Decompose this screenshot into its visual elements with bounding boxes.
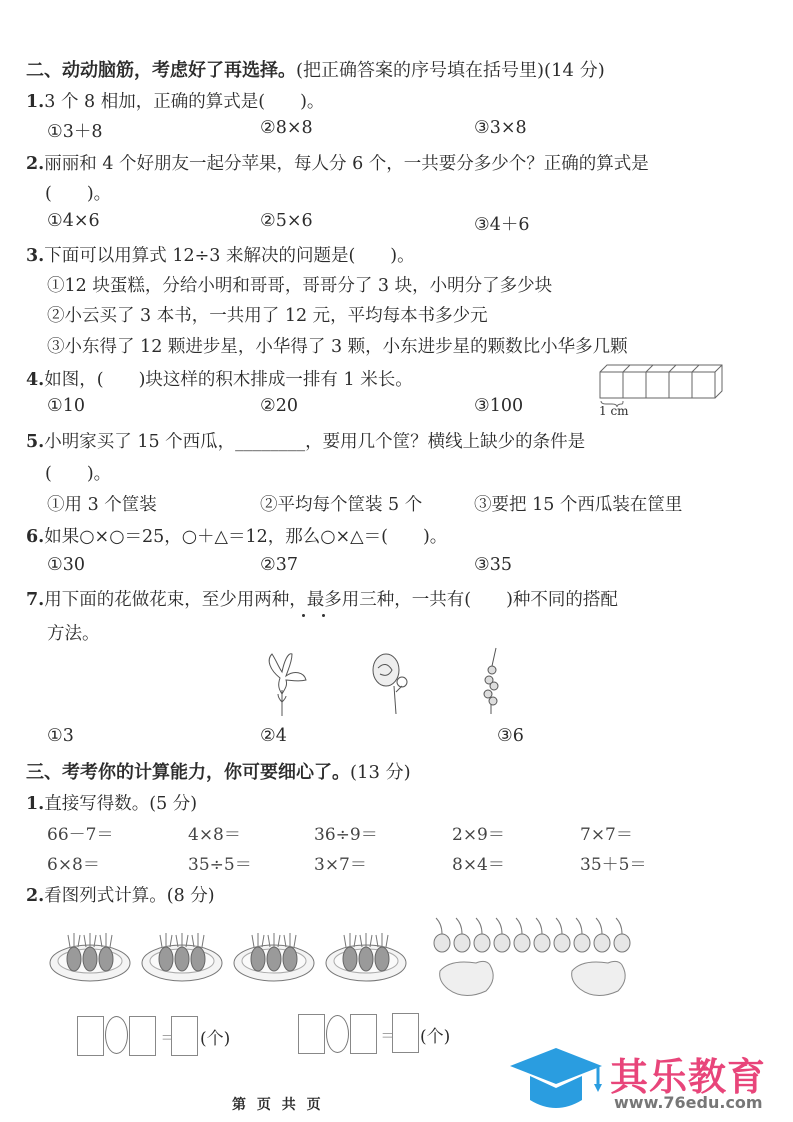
option-7c[interactable]: ③6 xyxy=(497,726,524,746)
calc-item[interactable]: 66－7＝ xyxy=(47,820,113,845)
answer-box[interactable] xyxy=(77,1016,104,1056)
emphasis-dot xyxy=(322,614,325,617)
option-1c[interactable]: ③3×8 xyxy=(474,118,527,138)
section-2-title: 二、动动脑筋，考虑好了再选择。(把正确答案的序号填在括号里)(14 分) xyxy=(26,56,605,82)
option-4a[interactable]: ①10 xyxy=(47,396,85,416)
option-2b[interactable]: ②5×6 xyxy=(260,211,313,231)
question-number: 1. xyxy=(26,92,44,112)
watermark-url: www.76edu.com xyxy=(614,1093,763,1112)
option-7b[interactable]: ②4 xyxy=(260,726,287,746)
gladiolus-flower-icon xyxy=(478,646,508,716)
calc-item[interactable]: 2×9＝ xyxy=(452,820,505,845)
section-2-title-main: 二、动动脑筋，考虑好了再选择。 xyxy=(26,60,296,81)
answer-box[interactable] xyxy=(392,1013,419,1053)
rose-flower-icon xyxy=(370,652,420,714)
question-text: 用下面的花做花束，至少用两种，最多用三种，一共有( )种不同的搭配 xyxy=(44,590,618,610)
calc-question-2: 2.看图列式计算。(8 分) xyxy=(26,882,215,907)
question-7: 7.用下面的花做花束，至少用两种，最多用三种，一共有( )种不同的搭配 xyxy=(26,586,618,611)
option-7a[interactable]: ①3 xyxy=(47,726,74,746)
question-number: 2. xyxy=(26,154,44,174)
calc-item[interactable]: 8×4＝ xyxy=(452,850,505,875)
question-5: 5.小明家买了 15 个西瓜，________，要用几个筐？横线上缺少的条件是 xyxy=(26,428,585,453)
option-3b[interactable]: ②小云买了 3 本书，一共用了 12 元，平均每本书多少元 xyxy=(47,302,488,327)
question-7-continued: 方法。 xyxy=(47,620,100,645)
question-3: 3.下面可以用算式 12÷3 来解决的问题是( )。 xyxy=(26,242,415,267)
option-4c[interactable]: ③100 xyxy=(474,396,523,416)
option-2c[interactable]: ③4＋6 xyxy=(474,211,529,236)
calc-item[interactable]: 4×8＝ xyxy=(188,820,241,845)
section-3-title: 三、考考你的计算能力，你可要细心了。(13 分) xyxy=(26,758,411,784)
question-number: 7. xyxy=(26,590,44,610)
question-number: 4. xyxy=(26,370,44,390)
answer-box[interactable] xyxy=(298,1014,325,1054)
question-text: 如图，( )块这样的积木排成一排有 1 米长。 xyxy=(44,370,412,390)
section-3-title-main: 三、考考你的计算能力，你可要细心了。 xyxy=(26,762,350,783)
unit-label: (个) xyxy=(420,1022,450,1047)
cherries-and-melons-image xyxy=(430,915,670,1005)
emphasis-dot xyxy=(302,614,305,617)
operator-oval[interactable] xyxy=(105,1016,128,1054)
answer-box[interactable] xyxy=(129,1016,156,1056)
option-1b[interactable]: ②8×8 xyxy=(260,118,313,138)
answer-box[interactable] xyxy=(350,1014,377,1054)
question-text: 下面可以用算式 12÷3 来解决的问题是( )。 xyxy=(44,246,414,266)
calc-item[interactable]: 36÷9＝ xyxy=(314,820,378,845)
option-5c[interactable]: ③要把 15 个西瓜装在筐里 xyxy=(474,491,682,516)
question-text: 丽丽和 4 个好朋友一起分苹果，每人分 6 个，一共要分多少个？正确的算式是 xyxy=(44,154,649,174)
question-text: 3 个 8 相加，正确的算式是( )。 xyxy=(44,92,324,112)
calc-item[interactable]: 6×8＝ xyxy=(47,850,100,875)
option-6b[interactable]: ②37 xyxy=(260,555,298,575)
lily-flower-icon xyxy=(262,650,312,716)
calc-item[interactable]: 3×7＝ xyxy=(314,850,367,875)
calc-item[interactable]: 35＋5＝ xyxy=(580,850,646,875)
option-1a[interactable]: ①3＋8 xyxy=(47,118,102,143)
page-footer: 第 页 共 页 xyxy=(232,1094,324,1114)
unit-label: (个) xyxy=(200,1024,230,1049)
question-number: 6. xyxy=(26,527,44,547)
question-text: 看图列式计算。(8 分) xyxy=(44,886,214,906)
calc-item[interactable]: 7×7＝ xyxy=(580,820,633,845)
section-2-title-note: (把正确答案的序号填在括号里)(14 分) xyxy=(296,60,605,81)
section-3-title-note: (13 分) xyxy=(350,762,411,783)
blocks-figure-label: 1 cm xyxy=(599,404,629,418)
option-4b[interactable]: ②20 xyxy=(260,396,298,416)
question-4: 4.如图，( )块这样的积木排成一排有 1 米长。 xyxy=(26,366,413,391)
option-5b[interactable]: ②平均每个筐装 5 个 xyxy=(260,491,422,516)
question-number: 1. xyxy=(26,794,44,814)
answer-box[interactable] xyxy=(171,1016,198,1056)
question-1: 1.3 个 8 相加，正确的算式是( )。 xyxy=(26,88,324,113)
calc-item[interactable]: 35÷5＝ xyxy=(188,850,252,875)
pineapple-plates-image xyxy=(46,925,426,985)
question-text: 直接写得数。(5 分) xyxy=(44,794,197,814)
question-number: 5. xyxy=(26,432,44,452)
question-text: 如果○×○＝25，○＋△＝12，那么○×△＝( )。 xyxy=(44,527,447,547)
option-2a[interactable]: ①4×6 xyxy=(47,211,100,231)
question-number: 3. xyxy=(26,246,44,266)
option-3a[interactable]: ①12 块蛋糕，分给小明和哥哥，哥哥分了 3 块，小明分了多少块 xyxy=(47,272,552,297)
question-number: 2. xyxy=(26,886,44,906)
answer-blank-2[interactable]: ( )。 xyxy=(45,180,111,205)
operator-oval[interactable] xyxy=(326,1015,349,1053)
question-2: 2.丽丽和 4 个好朋友一起分苹果，每人分 6 个，一共要分多少个？正确的算式是 xyxy=(26,150,649,175)
calc-question-1: 1.直接写得数。(5 分) xyxy=(26,790,197,815)
graduation-cap-icon xyxy=(508,1044,608,1118)
option-6c[interactable]: ③35 xyxy=(474,555,512,575)
answer-blank-5[interactable]: ( )。 xyxy=(45,460,111,485)
option-5a[interactable]: ①用 3 个筐装 xyxy=(47,491,157,516)
question-6: 6.如果○×○＝25，○＋△＝12，那么○×△＝( )。 xyxy=(26,523,447,548)
option-3c[interactable]: ③小东得了 12 颗进步星，小华得了 3 颗，小东进步星的颗数比小华多几颗 xyxy=(47,333,628,358)
question-text: 小明家买了 15 个西瓜，________，要用几个筐？横线上缺少的条件是 xyxy=(44,432,585,452)
option-6a[interactable]: ①30 xyxy=(47,555,85,575)
